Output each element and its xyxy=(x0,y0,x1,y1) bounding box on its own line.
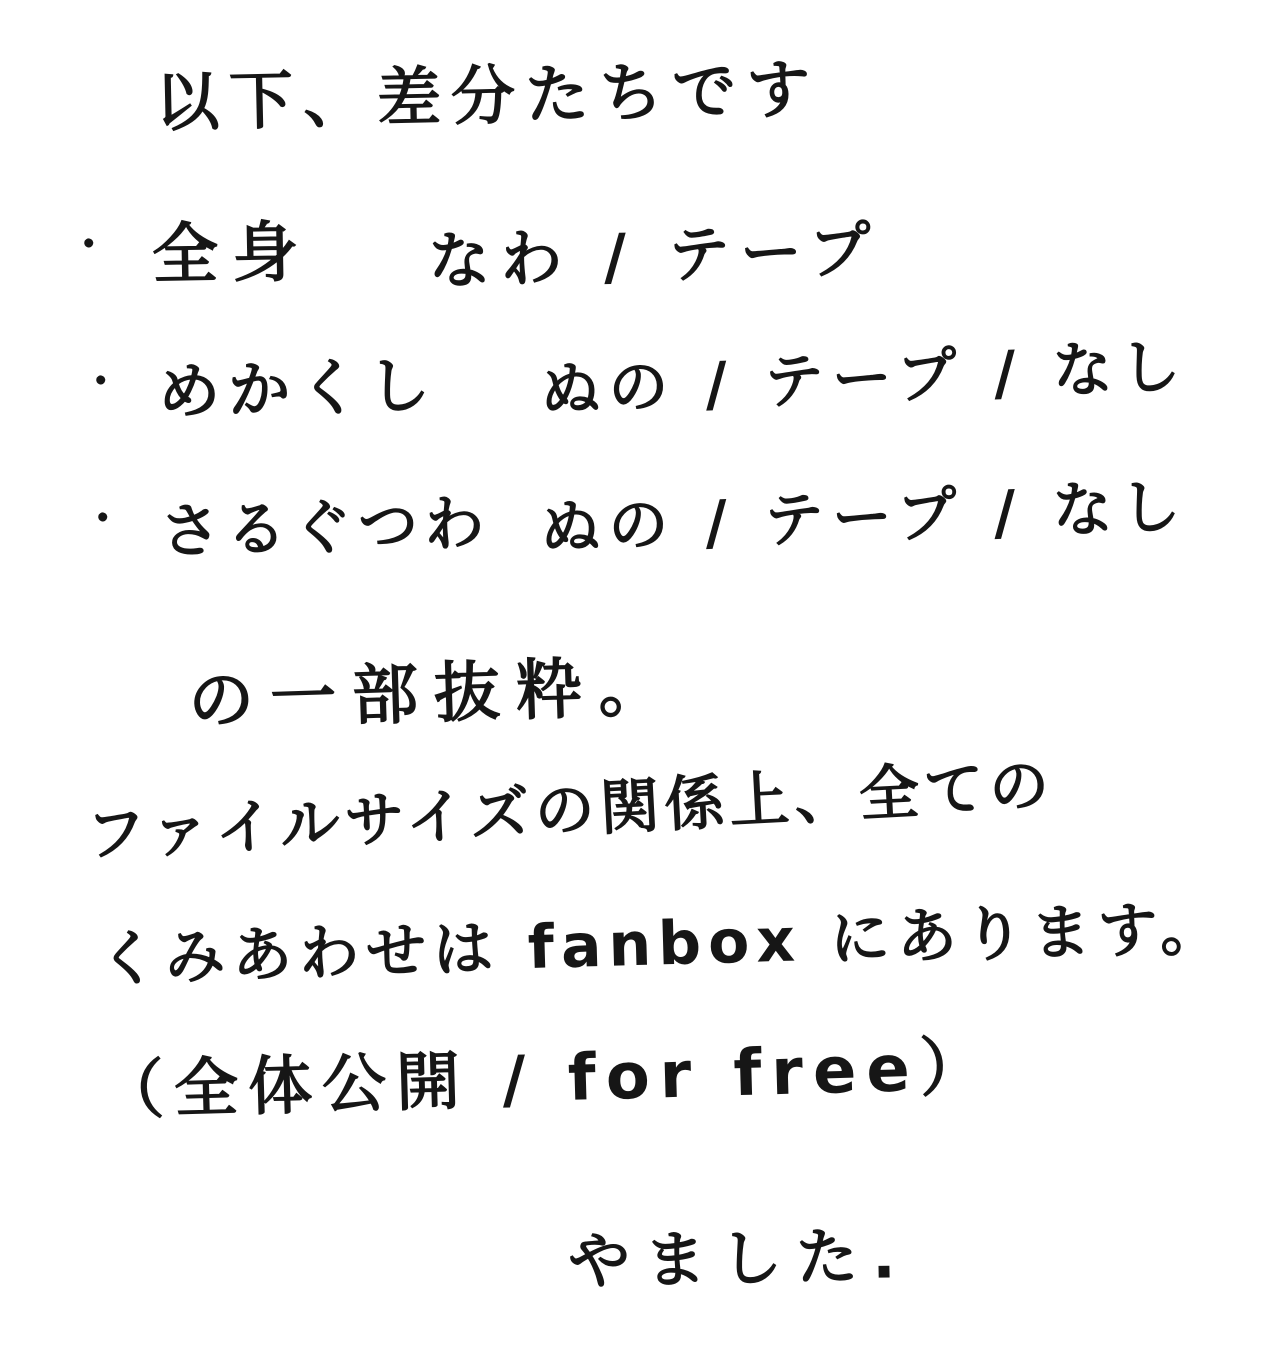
item-options: ぬの / テープ / なし xyxy=(539,459,1190,568)
handwritten-note: 以下、差分たちです ・ 全身 なわ / テープ ・ めかくし ぬの / テープ … xyxy=(0,0,1280,1357)
item-label: さるぐつわ xyxy=(159,476,491,571)
item-label: めかくし xyxy=(157,335,439,431)
item-bullet: ・ xyxy=(73,345,128,413)
body-line-fanbox: くみあわせは fanbox にあります。 xyxy=(97,880,1228,997)
body-line-forfree: （全体公開 / for free） xyxy=(99,1015,995,1132)
item-bullet: ・ xyxy=(75,482,130,550)
item-label: 全身 xyxy=(151,199,313,297)
note-title: 以下、差分たちです xyxy=(154,38,821,144)
signature: やました. xyxy=(567,1206,910,1301)
item-options: なわ / テープ xyxy=(427,200,882,301)
body-line-filesize: ファイルサイズの関係上、全ての xyxy=(84,737,1056,874)
excerpt-line: の一部抜粋。 xyxy=(187,633,682,743)
item-bullet: ・ xyxy=(61,208,116,276)
item-options: ぬの / テープ / なし xyxy=(539,319,1190,430)
